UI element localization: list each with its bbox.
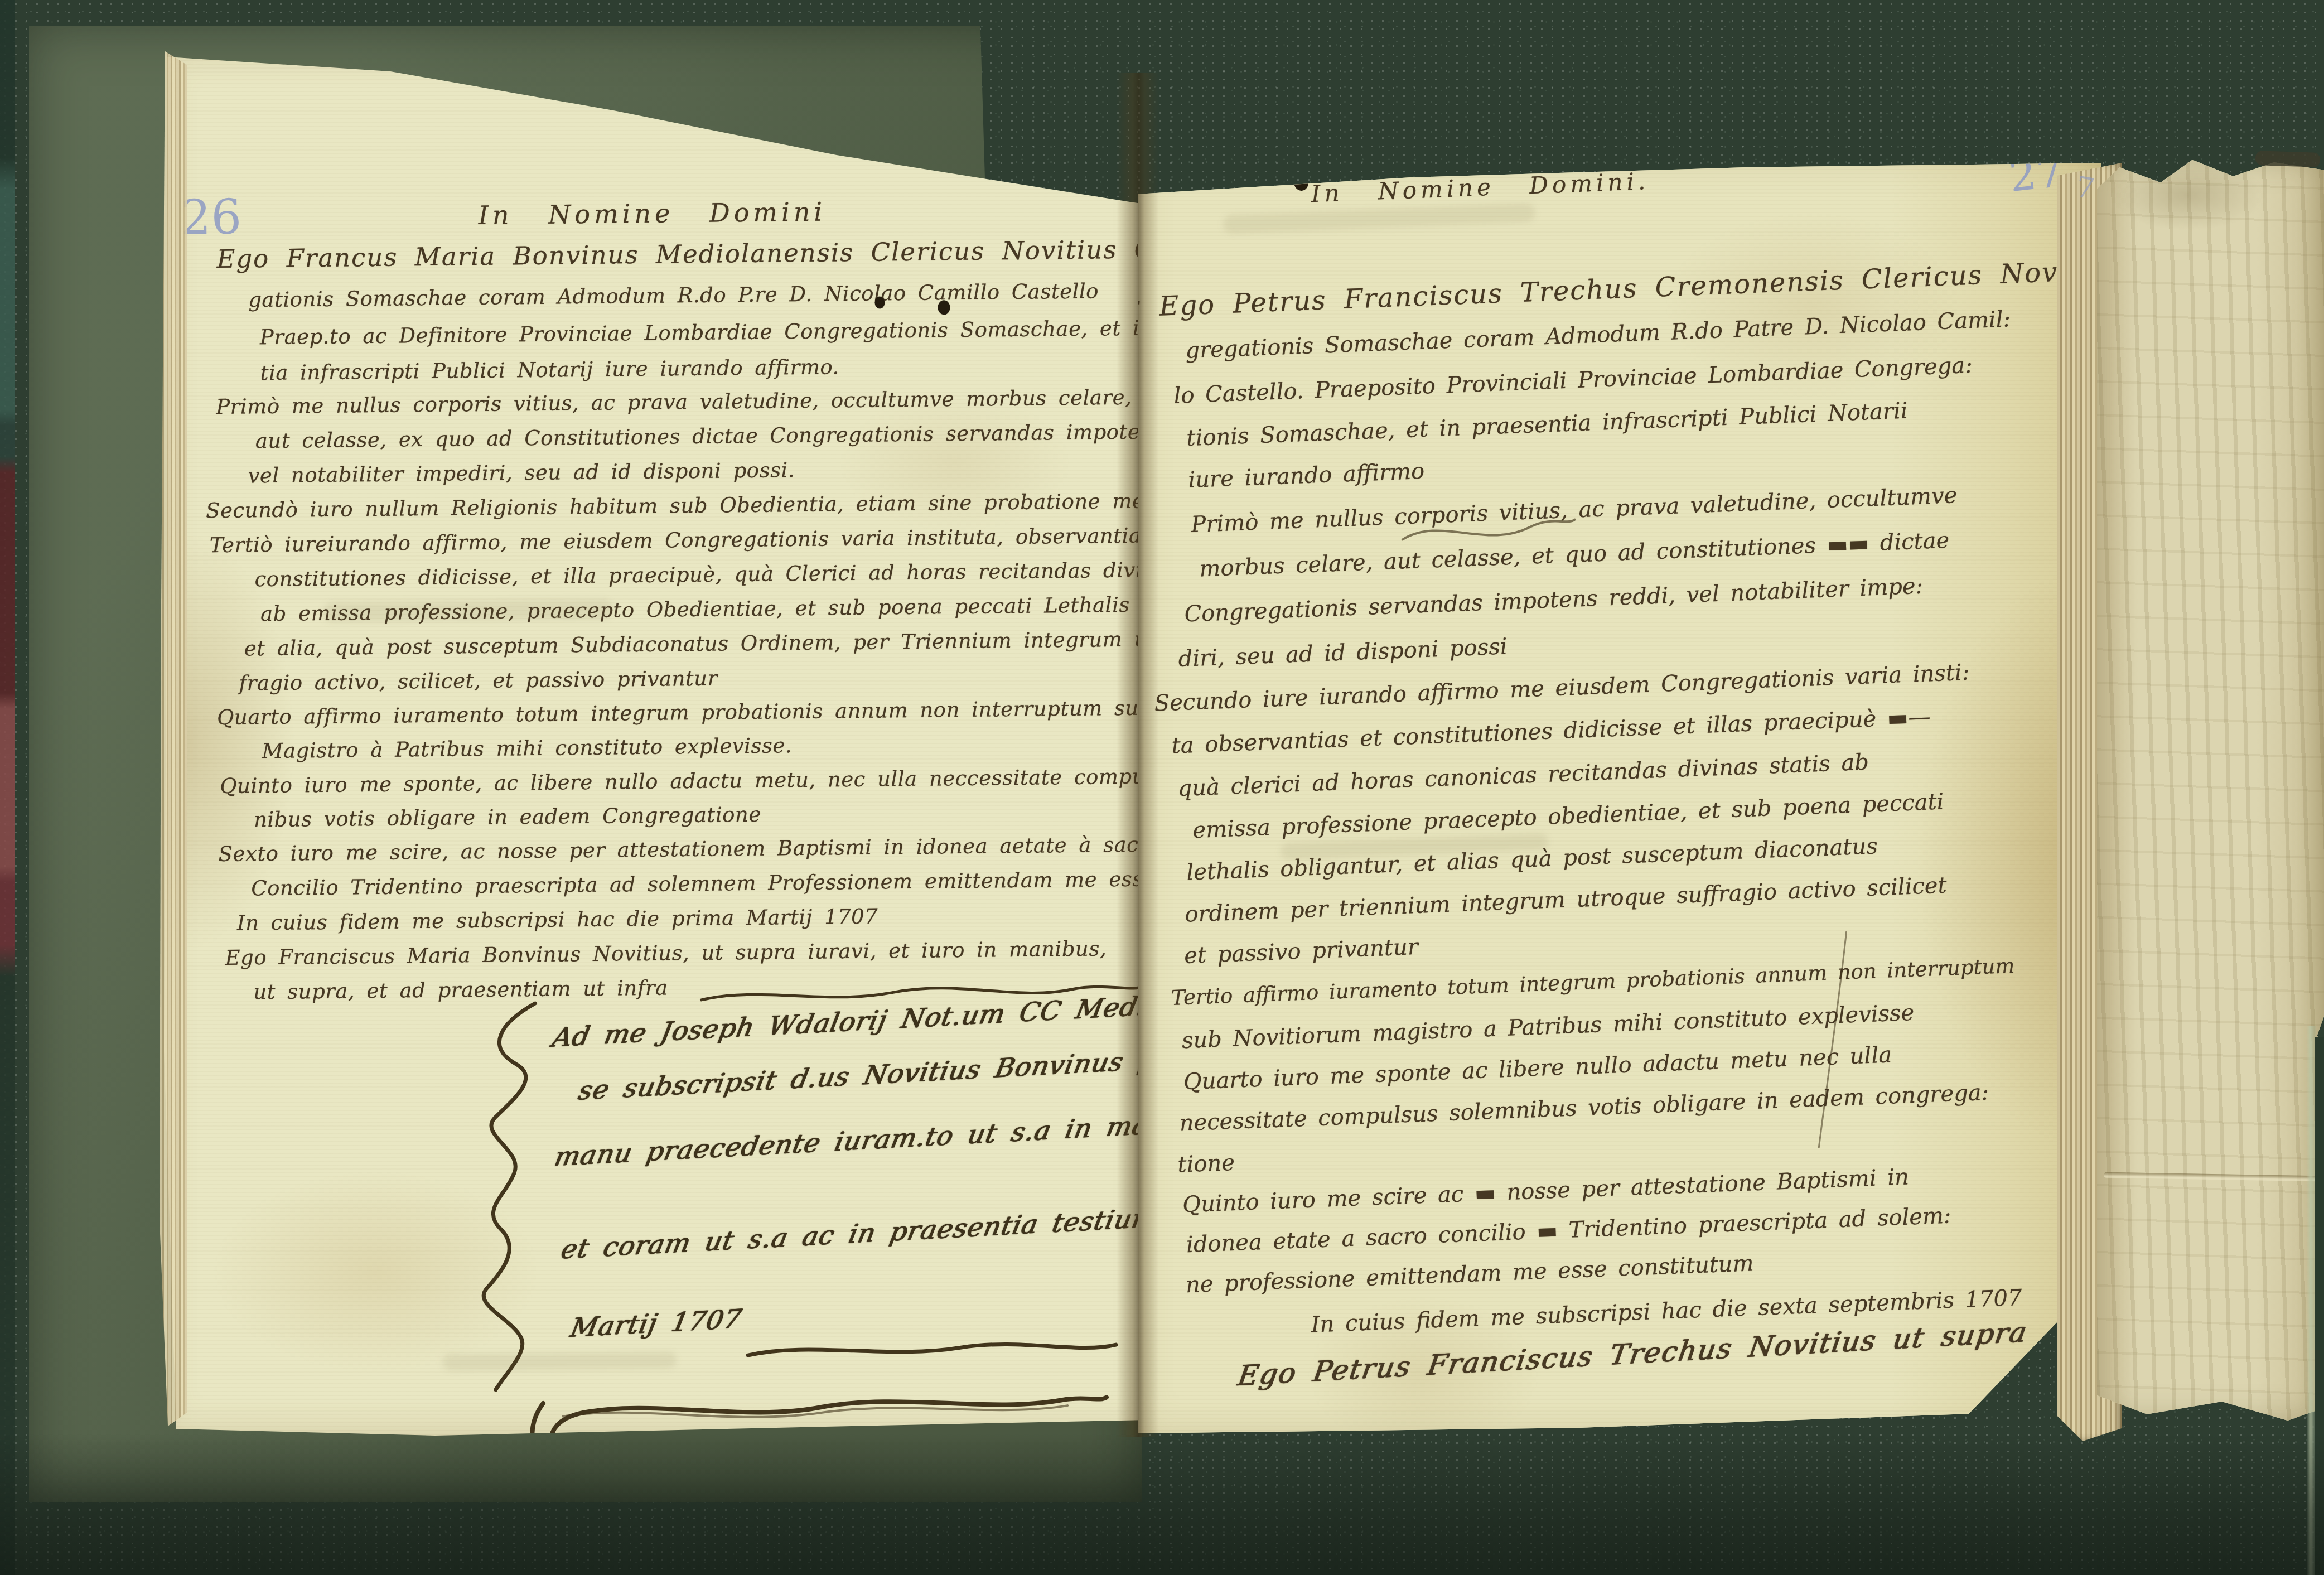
left-line-21-oath-statement: Ego Franciscus Maria Bonvinus Novitius, … (225, 936, 1107, 970)
ink-dot (938, 300, 950, 315)
left-line-4: tia infrascripti Publici Notarij iure iu… (260, 355, 839, 385)
right-line-8: Congregationis servandas impotens reddi,… (1184, 573, 1924, 627)
scan-edge-sliver (0, 0, 15, 1575)
left-line-17: nibus votis obligare in eadem Congregati… (254, 803, 761, 832)
manuscript-photograph: 26 ’ In Nomine Domini Ego Francus Maria … (0, 0, 2324, 1575)
left-line-1: Ego Francus Maria Bonvinus Mediolanensis… (216, 234, 1244, 274)
right-page: 27 In Nomine Domini. † Ego Petrus Franci… (1132, 151, 2103, 1439)
right-line-24: ne professione emittendam me esse consti… (1185, 1250, 1754, 1298)
left-line-7: vel notabiliter impediri, seu ad id disp… (248, 458, 795, 487)
book-gutter-shadow (1117, 73, 1159, 1437)
left-line-3: Praep.to ac Definitore Provinciae Lombar… (260, 315, 1258, 349)
left-line-16: Quinto iuro me sponte, ac libere nullo a… (220, 763, 1269, 798)
left-line-2: gationis Somaschae coram Admodum R.do P.… (248, 279, 1099, 312)
right-line-5: iure iurando affirmo (1188, 458, 1425, 493)
affirmo-tail-flourish (1396, 503, 1582, 560)
notary-subscription-date-line: Martij 1707 (568, 1304, 744, 1344)
left-line-6: aut celasse, ex quo ad Constitutiones di… (255, 419, 1240, 453)
left-line-15: Magistro à Patribus mihi constituto expl… (262, 733, 793, 763)
left-line-9: Tertiò iureiurando affirmo, me eiusdem C… (210, 523, 1192, 557)
parchment-cover-edge (2097, 157, 2324, 1421)
stray-diagonal-stroke (1803, 927, 1867, 1153)
right-line-1: Ego Petrus Franciscus Trechus Cremonensi… (1158, 251, 2207, 322)
folio-number-left: 26 (180, 189, 241, 245)
left-page-deckle-edge (160, 51, 187, 1426)
bottom-shadow-band (0, 1433, 2324, 1575)
left-line-18: Sexto iuro me scire, ac nosse per attest… (218, 832, 1161, 866)
left-page-text-layer: 26 ’ In Nomine Domini Ego Francus Maria … (149, 36, 1162, 1441)
right-line-21: tione (1177, 1150, 1235, 1178)
left-line-20-dated-subscription: In cuius fidem me subscripsi hac die pri… (237, 905, 878, 935)
left-line-8: Secundò iuro nullum Religionis habitum s… (206, 488, 1252, 523)
left-header-in-nomine-domini: In Nomine Domini (478, 197, 826, 231)
dark-streak-on-parchment (2255, 151, 2321, 167)
left-line-22: ut supra, et ad praesentiam ut infra (253, 976, 668, 1004)
right-line-12: quà clerici ad horas canonicas recitanda… (1177, 750, 1869, 802)
right-line-11: ta observantias et constitutiones didici… (1171, 704, 1931, 758)
bleedthrough-smudge (442, 1351, 677, 1370)
bleedthrough-smudge (1223, 203, 1535, 234)
notary-bracket-flourish (463, 999, 563, 1402)
right-line-9: diri, seu ad id disponi possi (1178, 634, 1508, 672)
left-line-10: constitutiones didicisse, et illa praeci… (254, 557, 1257, 591)
left-line-13: fragio activo, scilicet, et passivo priv… (239, 666, 718, 695)
left-line-5: Primò me nullus corporis vitius, ac prav… (216, 385, 1132, 419)
bleedthrough-smudge (323, 600, 613, 622)
right-line-4: tionis Somaschae, et in praesentia infra… (1186, 398, 1909, 451)
left-line-14: Quarto affirmo iuramento totum integrum … (217, 694, 1274, 729)
ink-dot (874, 296, 885, 308)
left-page: 26 ’ In Nomine Domini Ego Francus Maria … (156, 45, 1154, 1439)
right-page-text-layer: 27 In Nomine Domini. † Ego Petrus Franci… (1109, 115, 2128, 1439)
right-line-16: et passivo privantur (1183, 934, 1418, 969)
underline-after-date-flourish (743, 1330, 1123, 1373)
